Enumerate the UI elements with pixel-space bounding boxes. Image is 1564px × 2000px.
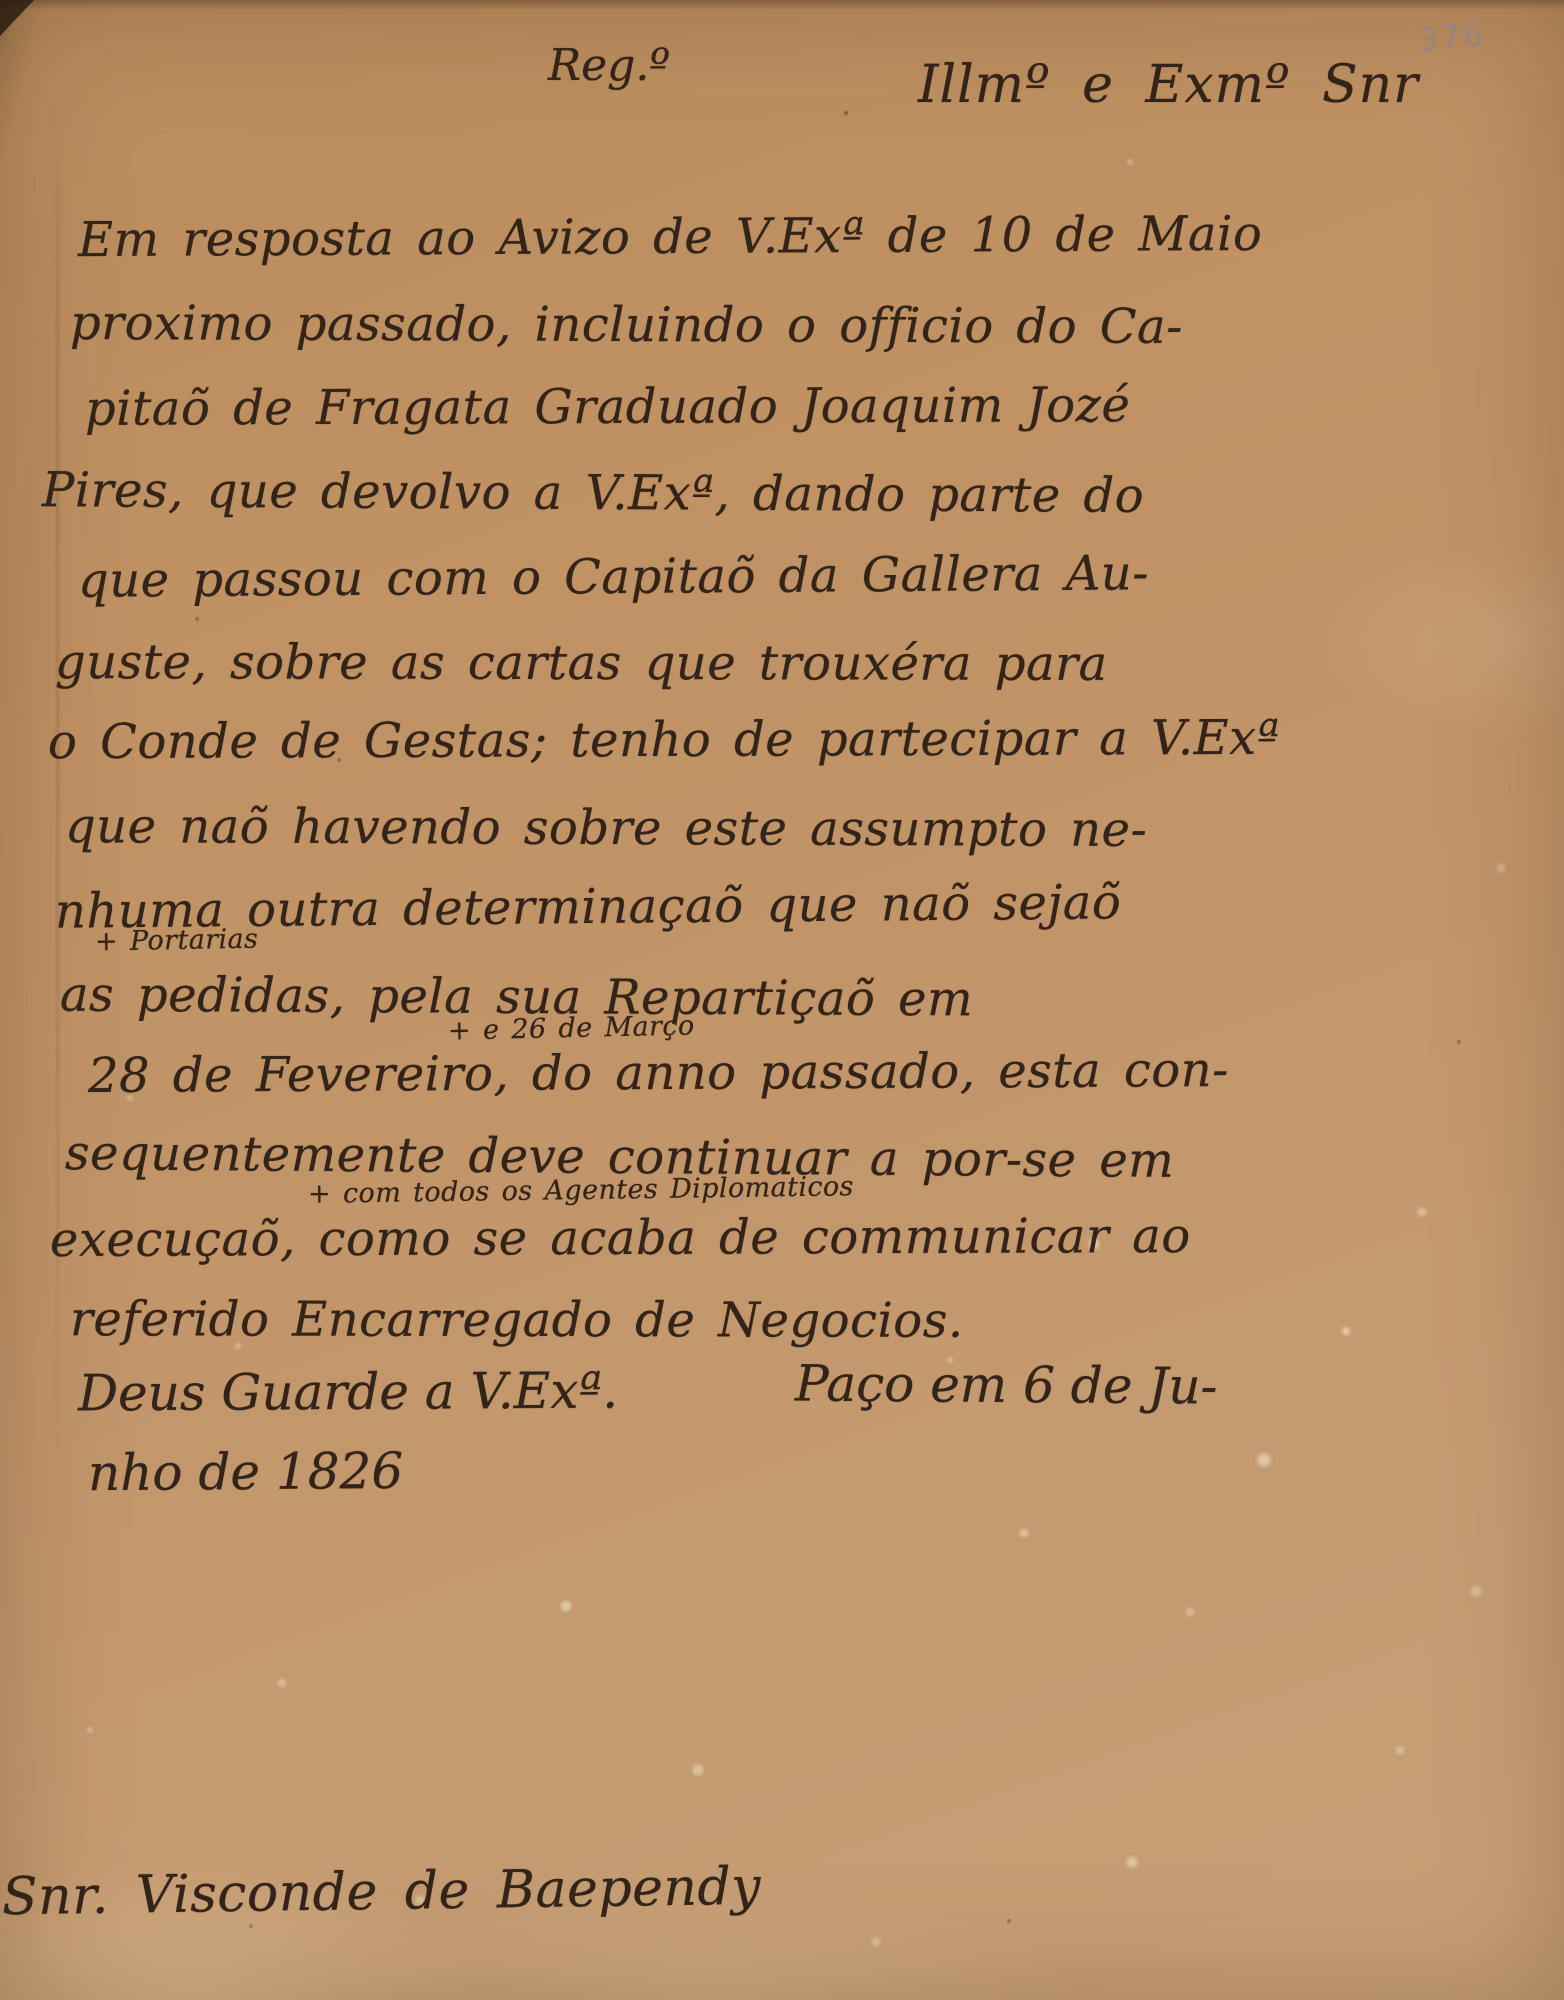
manuscript-line: 28 de Fevereiro, do anno passado, esta c… (88, 1040, 1229, 1106)
manuscript-line: que naõ havendo sobre este assumpto ne- (65, 796, 1147, 860)
interlinear-insertion: + e 26 de Março (448, 1011, 695, 1046)
salutation: Illmº e Exmº Snr (918, 55, 1419, 115)
manuscript-line: execuçaõ, como se acaba de communicar ao (50, 1206, 1191, 1270)
manuscript-line: que passou com o Capitaõ da Gallera Au- (78, 543, 1149, 610)
addressee-line: Snr. Visconde de Baependy (2, 1857, 762, 1928)
manuscript-line: referido Encarregado de Negocios. (70, 1289, 964, 1351)
manuscript-line: guste, sobre as cartas que trouxéra para (55, 632, 1108, 694)
interlinear-insertion: + Portarias (95, 925, 259, 958)
closing-place-date: Paço em 6 de Ju- (795, 1355, 1218, 1416)
closing-date-continuation: nho de 1826 (88, 1442, 404, 1502)
manuscript-page: 376 Reg.º Illmº e Exmº Snr Em resposta a… (0, 0, 1564, 2000)
manuscript-line: pitaõ de Fragata Graduado Joaquim Jozé (85, 375, 1131, 439)
docket-mark: Reg.º (548, 40, 670, 91)
closing-valediction: Deus Guarde a V.Exª. (78, 1362, 618, 1423)
manuscript-line: proximo passado, incluindo o officio do … (70, 293, 1183, 357)
manuscript-line: Pires, que devolvo a V.Exª, dando parte … (42, 460, 1144, 526)
archive-number: 376 (1416, 15, 1487, 60)
manuscript-line: Em resposta ao Avizo de V.Exª de 10 de M… (78, 204, 1263, 270)
manuscript-line: o Conde de Gestas; tenho de partecipar a… (48, 708, 1280, 772)
